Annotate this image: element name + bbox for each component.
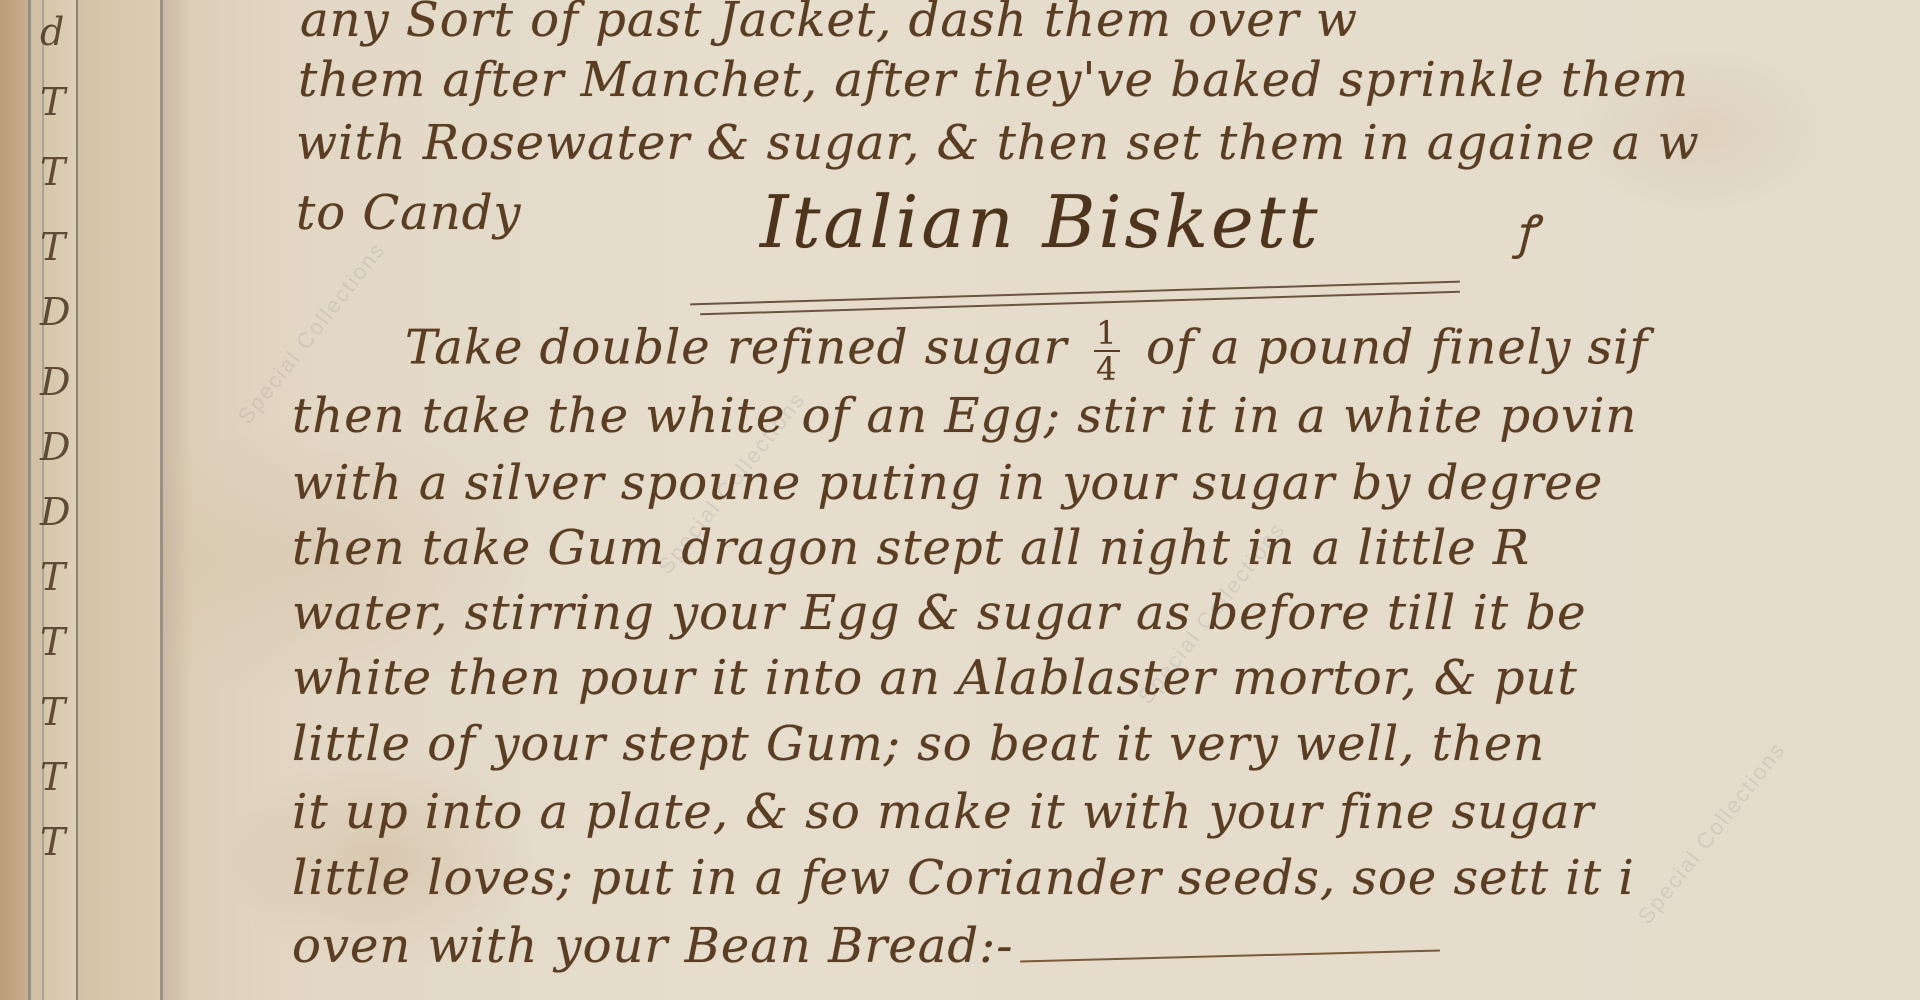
recipe-line: water, stirring your Egg & sugar as befo…: [292, 585, 1587, 641]
margin-letter: D: [40, 425, 70, 469]
page-stack-edge: [0, 0, 30, 1000]
fraction-numerator: 1: [1094, 318, 1120, 348]
fraction-denominator: 4: [1094, 354, 1120, 384]
recipe-line-text: of a pound finely sif: [1146, 320, 1648, 376]
manuscript-line: with Rosewater & sugar, & then set them …: [296, 115, 1700, 171]
fraction-quarter: 1 4: [1094, 318, 1120, 384]
recipe-line: little of your stept Gum; so beat it ver…: [292, 716, 1545, 772]
margin-letter: T: [40, 555, 65, 599]
margin-letter: d: [40, 10, 64, 54]
manuscript-line: them after Manchet, after they've baked …: [298, 52, 1689, 108]
page-edge-line: [28, 0, 31, 1000]
underlying-page-margin-letters: d T T T D D D D T T T T T: [40, 0, 80, 1000]
margin-letter: T: [40, 620, 65, 664]
recipe-line: then take Gum dragon stept all night in …: [292, 520, 1530, 576]
recipe-line: then take the white of an Egg; stir it i…: [292, 388, 1637, 444]
recipe-line: with a silver spoune puting in your suga…: [292, 455, 1603, 511]
margin-letter: T: [40, 150, 65, 194]
recipe-line: it up into a plate, & so make it with yo…: [292, 784, 1594, 840]
manuscript-line: any Sort of past Jacket, dash them over …: [300, 0, 1358, 48]
recipe-title: Italian Biskett: [760, 180, 1321, 264]
recipe-line: little loves; put in a few Coriander see…: [292, 850, 1635, 906]
page-stack-edge: [78, 0, 160, 1000]
recipe-line-text: Take double refined sugar: [405, 320, 1068, 376]
margin-letter: T: [40, 80, 65, 124]
margin-letter: T: [40, 755, 65, 799]
recipe-end-rule: [1020, 950, 1440, 963]
page-gutter-shadow: [163, 0, 193, 1000]
title-underline: [700, 291, 1460, 316]
watermark: Special Collections: [1633, 737, 1791, 929]
margin-letter: D: [40, 490, 70, 534]
recipe-line: white then pour it into an Alablaster mo…: [292, 650, 1578, 706]
margin-letter: T: [40, 225, 65, 269]
margin-letter: D: [40, 360, 70, 404]
manuscript-line: to Candy: [296, 185, 522, 241]
recipe-line: oven with your Bean Bread:-: [292, 918, 1013, 974]
manuscript-page: d T T T D D D D T T T T T Special Collec…: [0, 0, 1920, 1000]
title-flourish-mark: ꝭ: [1515, 200, 1537, 262]
margin-letter: T: [40, 690, 65, 734]
margin-letter: T: [40, 820, 65, 864]
margin-letter: D: [40, 290, 70, 334]
recipe-line: Take double refined sugar 1 4 of a pound…: [405, 318, 1648, 384]
